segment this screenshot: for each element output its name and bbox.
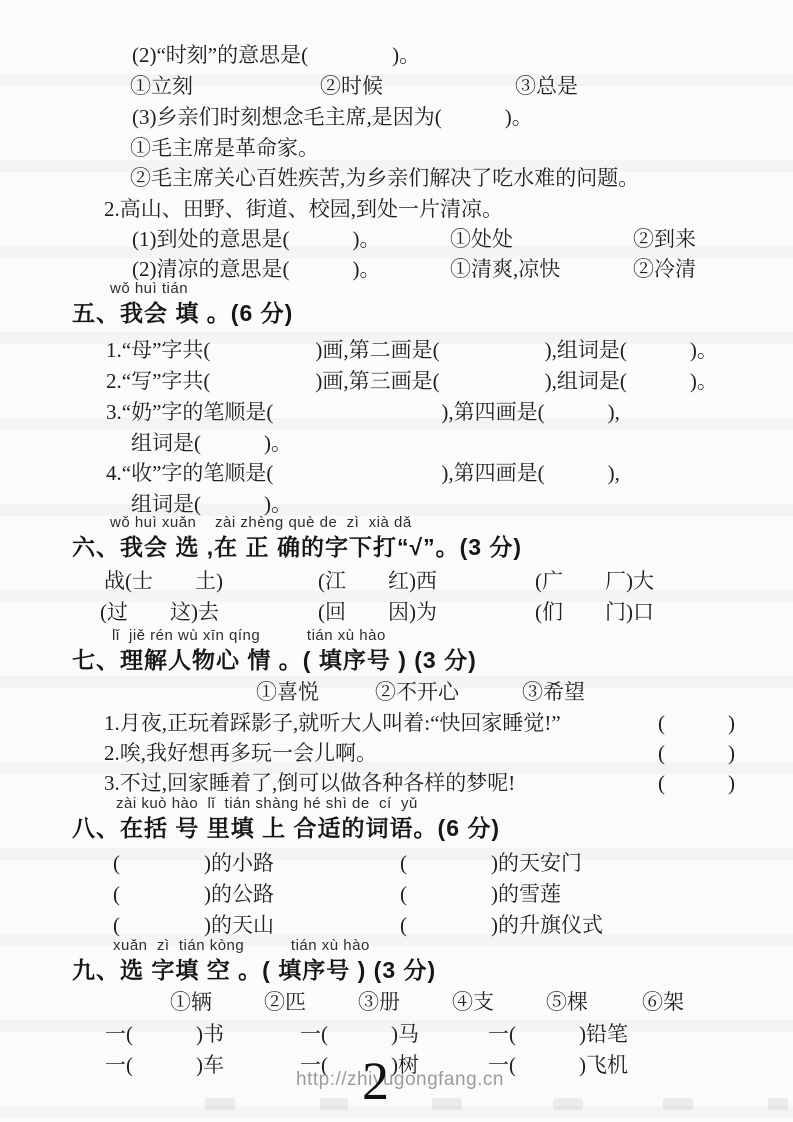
section7-item-2: 2.唉,我好想再多玩一会儿啊。 — [104, 740, 377, 766]
section5-title: 五、我会 填 。(6 分) — [72, 300, 293, 328]
section7-option-3: ③希望 — [522, 679, 585, 705]
section6-row1-col1: 战(士 土) — [104, 568, 223, 594]
q2-sub2-option-2: ②冷清 — [633, 256, 696, 282]
section7-option-1: ①喜悦 — [256, 679, 319, 705]
scan-artifact — [432, 1098, 462, 1110]
section5-pinyin: wǒ huì tián — [110, 281, 188, 298]
section6-row2-col2: (回 因)为 — [318, 599, 437, 625]
section6-row1-col2: (江 红)西 — [318, 568, 437, 594]
section7-title: 七、理解人物心 情 。( 填序号 ) (3 分) — [72, 647, 477, 675]
section9-title: 九、选 字填 空 。( 填序号 ) (3 分) — [72, 957, 436, 985]
q1-sub2-option-2: ②时候 — [320, 73, 383, 99]
section9-option-4: ④支 — [452, 989, 494, 1015]
scan-artifact — [768, 1098, 788, 1110]
section9-option-6: ⑥架 — [642, 989, 684, 1015]
section8-title: 八、在括 号 里填 上 合适的词语。(6 分) — [72, 815, 500, 843]
q1-sub2-option-1: ①立刻 — [130, 73, 193, 99]
section5-item-3-cont: 组词是( )。 — [131, 430, 292, 456]
answer-bracket: ( ) — [658, 740, 735, 766]
section6-row1-col3: (广 厂)大 — [535, 568, 654, 594]
section8-row1-col2: ( )的天安门 — [400, 850, 582, 876]
section7-item-3: 3.不过,回家睡着了,倒可以做各种各样的梦呢! — [104, 770, 515, 796]
section9-row1-col1: 一( )书 — [105, 1021, 224, 1047]
section5-item-4: 4.“收”字的笔顺是( ),第四画是( ), — [106, 460, 620, 486]
section5-item-2: 2.“写”字共( )画,第三画是( ),组词是( )。 — [106, 368, 718, 394]
q2-sub2-prompt: (2)清凉的意思是( )。 — [132, 256, 380, 282]
section8-row1-col1: ( )的小路 — [113, 850, 274, 876]
exam-page: (2)“时刻”的意思是( )。 ①立刻 ②时候 ③总是 (3)乡亲们时刻想念毛主… — [0, 0, 793, 1122]
section9-row2-col1: 一( )车 — [105, 1052, 224, 1078]
section9-row1-col3: 一( )铅笔 — [488, 1021, 628, 1047]
watermark-url: http://zhiyugongfang.cn — [296, 1070, 504, 1091]
q1-sub3-prompt: (3)乡亲们时刻想念毛主席,是因为( )。 — [132, 104, 533, 130]
section8-pinyin: zài kuò hào lǐ tián shàng hé shì de cí y… — [116, 796, 418, 813]
section9-row2-col3: 一( )飞机 — [488, 1052, 628, 1078]
section6-row2-col1: (过 这)去 — [100, 599, 219, 625]
q2-sub1-option-2: ②到来 — [633, 226, 696, 252]
section9-option-5: ⑤棵 — [546, 989, 588, 1015]
section7-pinyin: lǐ jiě rén wù xīn qíng tián xù hào — [112, 628, 386, 645]
section9-option-1: ①辆 — [170, 989, 212, 1015]
section6-pinyin: wǒ huì xuǎn zài zhèng què de zì xià dǎ — [110, 515, 412, 532]
q1-sub2-option-3: ③总是 — [515, 73, 578, 99]
q1-sub3-option-2: ②毛主席关心百姓疾苦,为乡亲们解决了吃水难的问题。 — [130, 165, 639, 191]
q2-sub1-option-1: ①处处 — [450, 226, 513, 252]
scan-artifact — [553, 1098, 583, 1110]
q1-sub3-option-1: ①毛主席是革命家。 — [130, 135, 319, 161]
section7-option-2: ②不开心 — [375, 679, 459, 705]
scan-artifact — [320, 1098, 348, 1110]
answer-bracket: ( ) — [658, 770, 735, 796]
scan-artifact — [205, 1098, 235, 1110]
q2-sub2-option-1: ①清爽,凉快 — [450, 256, 560, 282]
section6-title: 六、我会 选 ,在 正 确的字下打“√”。(3 分) — [72, 534, 522, 562]
page-number: 2 — [362, 1054, 389, 1108]
q2-prompt: 2.高山、田野、街道、校园,到处一片清凉。 — [104, 196, 503, 222]
section5-item-1: 1.“母”字共( )画,第二画是( ),组词是( )。 — [106, 337, 718, 363]
q1-sub2-prompt: (2)“时刻”的意思是( )。 — [132, 42, 420, 68]
section8-row2-col2: ( )的雪莲 — [400, 881, 561, 907]
section5-item-3: 3.“奶”字的笔顺是( ),第四画是( ), — [106, 399, 620, 425]
answer-bracket: ( ) — [658, 710, 735, 736]
section9-option-2: ②匹 — [264, 989, 306, 1015]
section8-row3-col1: ( )的天山 — [113, 912, 274, 938]
section7-item-1: 1.月夜,正玩着踩影子,就听大人叫着:“快回家睡觉!” — [104, 710, 561, 736]
scan-artifact — [663, 1098, 693, 1110]
section9-option-3: ③册 — [358, 989, 400, 1015]
section8-row2-col1: ( )的公路 — [113, 881, 274, 907]
section8-row3-col2: ( )的升旗仪式 — [400, 912, 603, 938]
q2-sub1-prompt: (1)到处的意思是( )。 — [132, 226, 380, 252]
section6-row2-col3: (们 门)口 — [535, 599, 654, 625]
section9-row1-col2: 一( )马 — [300, 1021, 419, 1047]
section9-pinyin: xuǎn zì tián kòng tián xù hào — [113, 938, 370, 955]
